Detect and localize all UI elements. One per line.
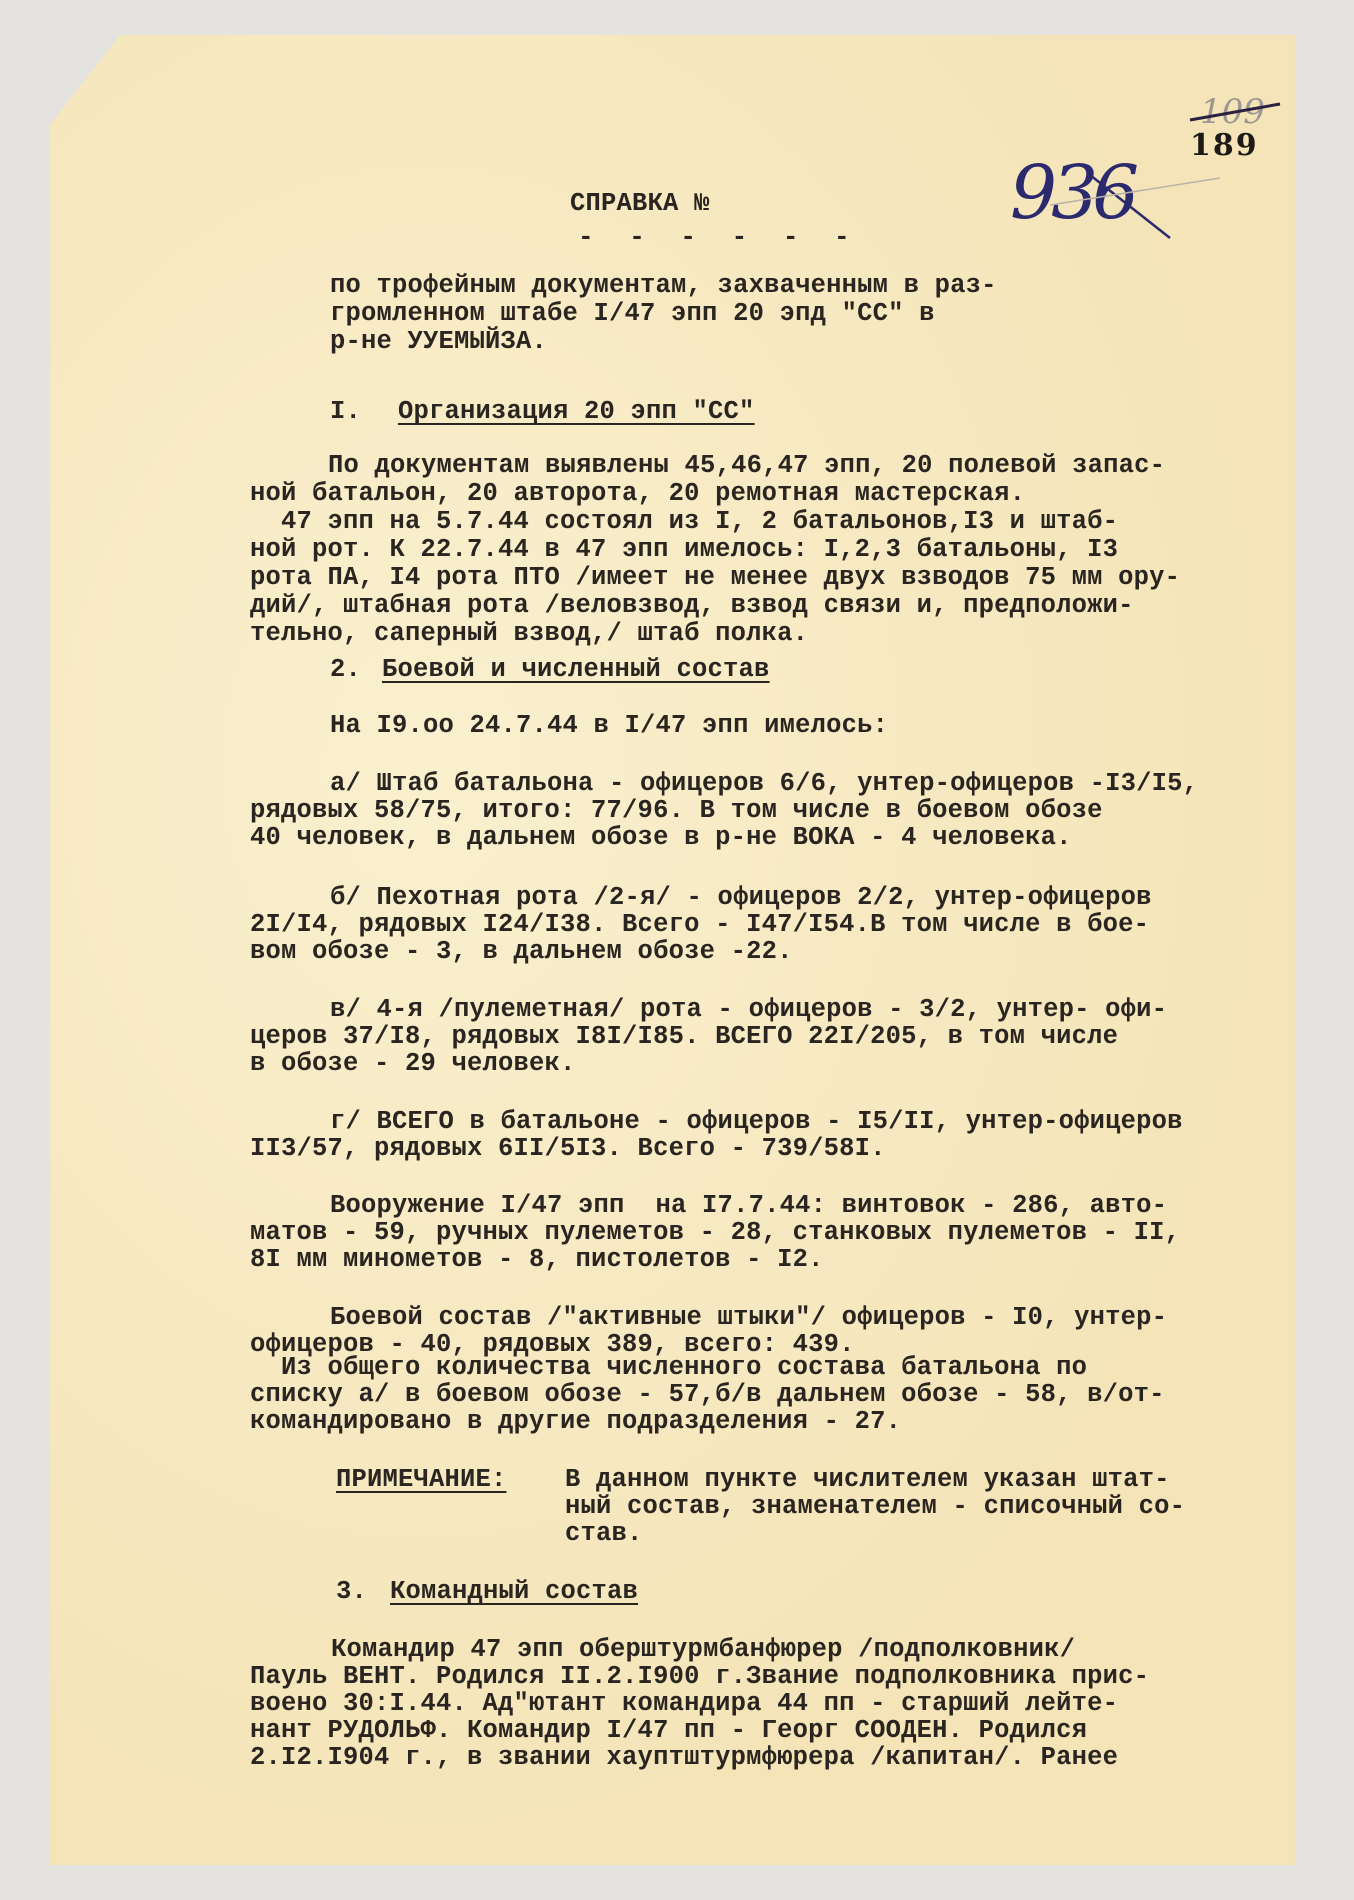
armament-line: матов - 59, ручных пулеметов - 28, станк… xyxy=(250,1219,1180,1247)
item-b-line: вом обозе - 3, в дальнем обозе -22. xyxy=(250,938,793,966)
note-line: ный состав, знаменателем - списочный со- xyxy=(565,1493,1185,1521)
section-1-line: ной рот. К 22.7.44 в 47 эпп имелось: I,2… xyxy=(250,536,1118,564)
item-b-line: б/ Пехотная рота /2-я/ - офицеров 2/2, у… xyxy=(330,884,1152,912)
section-3-number: 3. xyxy=(336,1578,367,1606)
section-2-heading: Боевой и численный состав xyxy=(382,656,770,684)
note-label: ПРИМЕЧАНИЕ: xyxy=(336,1466,507,1494)
section-1-line: По документам выявлены 45,46,47 эпп, 20 … xyxy=(328,452,1165,480)
section-3-heading: Командный состав xyxy=(390,1578,638,1606)
combat-strength-line: списку а/ в боевом обозе - 57,б/в дальне… xyxy=(250,1381,1165,1409)
item-v-line: в обозе - 29 человек. xyxy=(250,1050,576,1078)
section-2-number: 2. xyxy=(330,656,361,684)
item-g-line: II3/57, рядовых 6II/5I3. Всего - 739/58I… xyxy=(250,1135,886,1163)
title-rule: - - - - - - xyxy=(578,222,860,252)
note-line: В данном пункте числителем указан штат- xyxy=(565,1466,1170,1494)
subtitle-line: р-не УУЕМЫЙЗА. xyxy=(330,328,547,356)
section-1-line: ной батальон, 20 авторота, 20 ремотная м… xyxy=(250,480,1025,508)
section-2-intro: На I9.оо 24.7.44 в I/47 эпп имелось: xyxy=(330,712,888,740)
section-1-line: 47 эпп на 5.7.44 состоял из I, 2 батальо… xyxy=(250,508,1118,536)
item-a-line: а/ Штаб батальона - офицеров 6/6, унтер-… xyxy=(330,770,1198,798)
section-1-heading: Организация 20 эпп "СС" xyxy=(398,398,755,426)
folio-number: 189 xyxy=(1190,128,1259,163)
combat-strength-line: Из общего количества численного состава … xyxy=(250,1354,1087,1382)
combat-strength-line: Боевой состав /"активные штыки"/ офицеро… xyxy=(330,1304,1167,1332)
section-1-line: дий/, штабная рота /веловзвод, взвод свя… xyxy=(250,592,1134,620)
section-3-line: Командир 47 эпп оберштурмбанфюрер /подпо… xyxy=(300,1636,1075,1664)
handwritten-number: 936 xyxy=(1010,150,1133,236)
section-3-line: воено 30:I.44. Ад"ютант командира 44 пп … xyxy=(250,1690,1118,1718)
section-1-line: рота ПА, I4 рота ПТО /имеет не менее дву… xyxy=(250,564,1180,592)
subtitle-line: по трофейным документам, захваченным в р… xyxy=(330,272,997,300)
old-folio-pencil: 109 xyxy=(1200,92,1265,132)
document-title: СПРАВКА № xyxy=(570,190,710,218)
combat-strength-line: командировано в другие подразделения - 2… xyxy=(250,1408,901,1436)
note-line: став. xyxy=(565,1520,643,1548)
item-v-line: церов 37/I8, рядовых I8I/I85. ВСЕГО 22I/… xyxy=(250,1023,1118,1051)
section-1-line: тельно, саперный взвод,/ штаб полка. xyxy=(250,620,808,648)
subtitle-line: громленном штабе I/47 эпп 20 эпд "СС" в xyxy=(330,300,935,328)
item-g-line: г/ ВСЕГО в батальоне - офицеров - I5/II,… xyxy=(330,1108,1183,1136)
section-3-line: Пауль ВЕНТ. Родился II.2.I900 г.Звание п… xyxy=(250,1663,1149,1691)
item-a-line: 40 человек, в дальнем обозе в р-не ВОКА … xyxy=(250,824,1072,852)
item-b-line: 2I/I4, рядовых I24/I38. Всего - I47/I54.… xyxy=(250,911,1149,939)
item-v-line: в/ 4-я /пулеметная/ рота - офицеров - 3/… xyxy=(330,996,1167,1024)
armament-line: 8I мм минометов - 8, пистолетов - I2. xyxy=(250,1246,824,1274)
section-3-line: нант РУДОЛЬФ. Командир I/47 пп - Георг С… xyxy=(250,1717,1087,1745)
section-3-line: 2.I2.I904 г., в звании хауптштурмфюрера … xyxy=(250,1744,1118,1772)
section-1-number: I. xyxy=(330,398,361,426)
item-a-line: рядовых 58/75, итого: 77/96. В том числе… xyxy=(250,797,1103,825)
armament-line: Вооружение I/47 эпп на I7.7.44: винтовок… xyxy=(330,1192,1167,1220)
